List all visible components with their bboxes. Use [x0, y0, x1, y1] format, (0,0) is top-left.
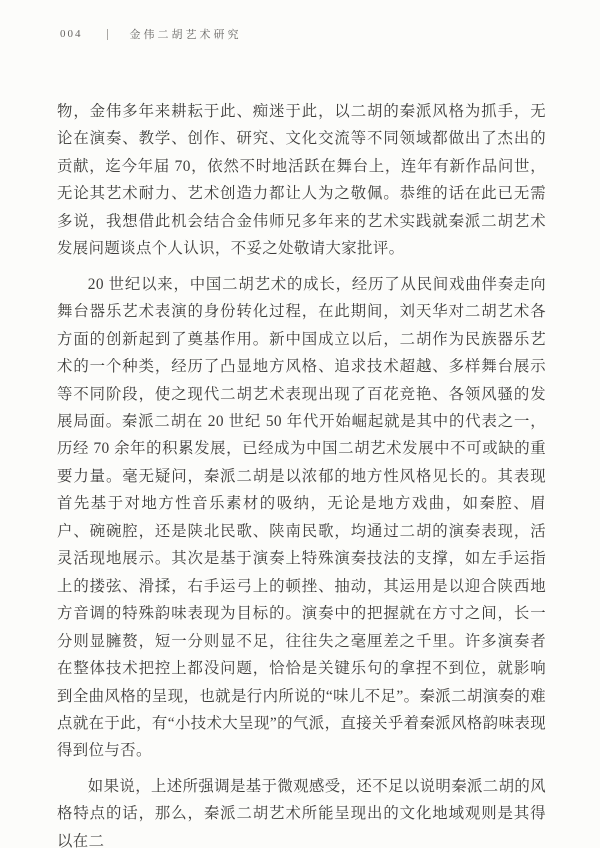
page-number: 004 — [60, 28, 83, 40]
page-body-text: 物，金伟多年来耕耘于此、痴迷于此，以二胡的秦派风格为抓手，无论在演奏、教学、创作… — [57, 98, 546, 848]
book-page: 004 金伟二胡艺术研究 物，金伟多年来耕耘于此、痴迷于此，以二胡的秦派风格为抓… — [0, 0, 600, 848]
header-divider — [107, 29, 108, 40]
running-header: 004 金伟二胡艺术研究 — [60, 26, 242, 42]
paragraph-history: 20 世纪以来，中国二胡艺术的成长，经历了从民间戏曲伴奏走向舞台器乐艺术表演的身… — [57, 271, 546, 765]
book-title: 金伟二胡艺术研究 — [130, 26, 242, 42]
paragraph-continuation: 物，金伟多年来耕耘于此、痴迷于此，以二胡的秦派风格为抓手，无论在演奏、教学、创作… — [57, 98, 546, 263]
paragraph-culture: 如果说，上述所强调是基于微观感受，还不足以说明秦派二胡的风格特点的话，那么，秦派… — [57, 773, 546, 848]
